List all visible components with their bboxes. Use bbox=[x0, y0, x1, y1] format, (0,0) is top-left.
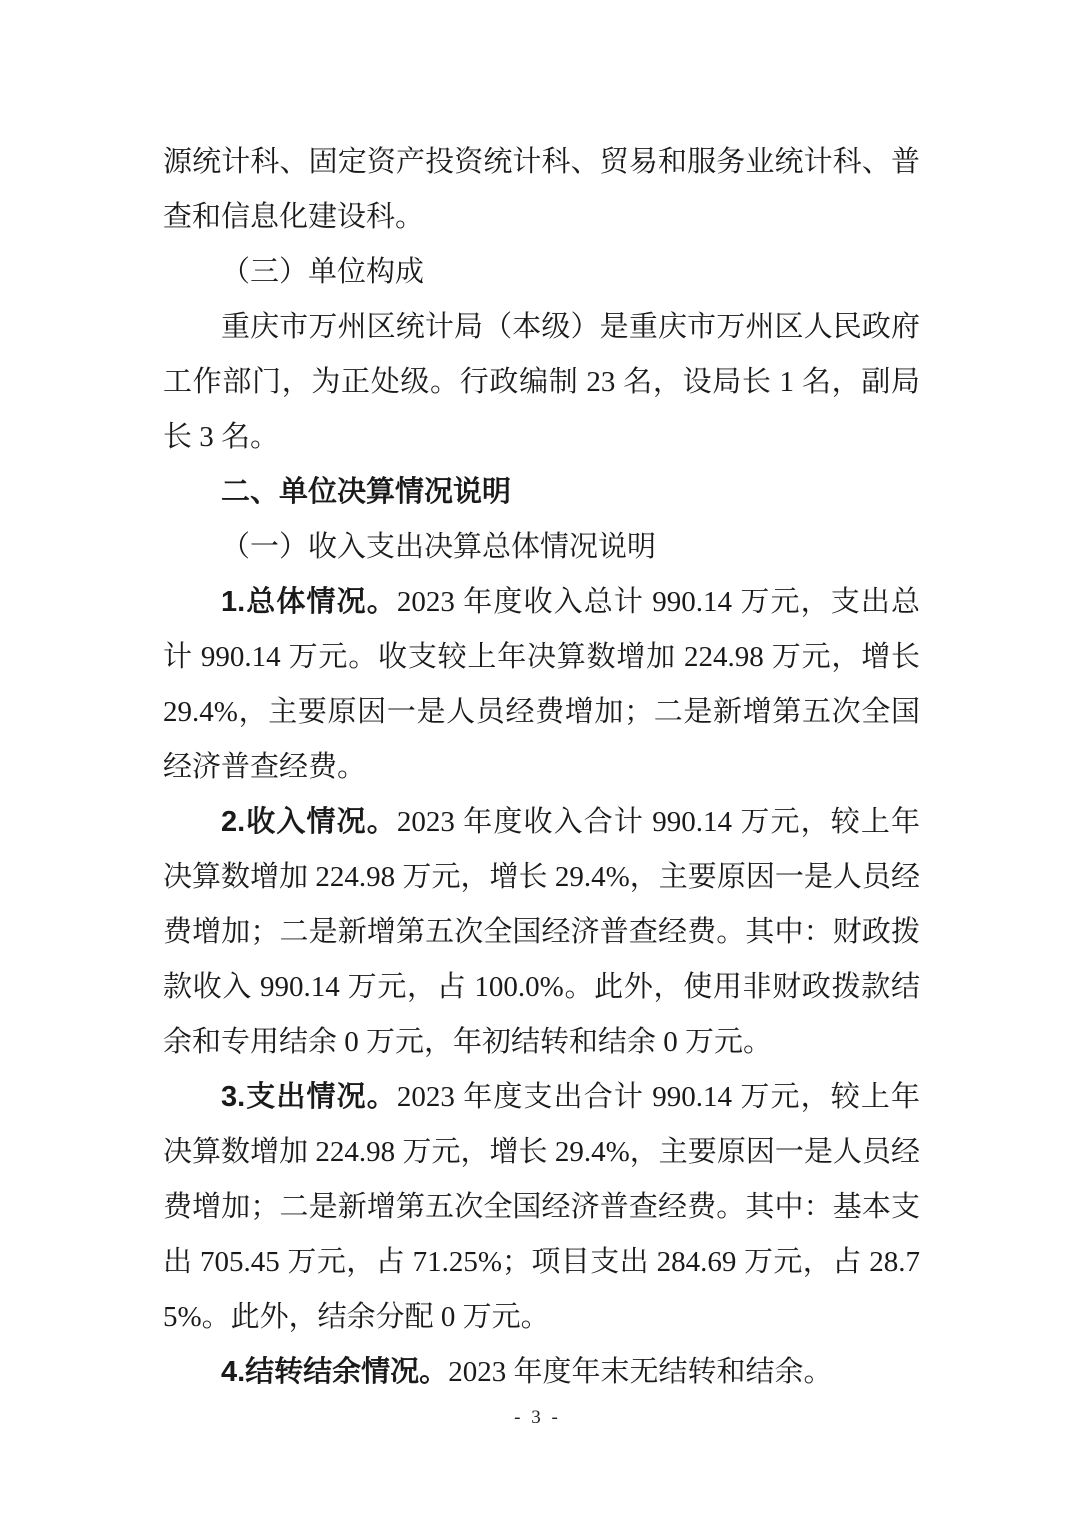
page-content: 源统计科、固定资产投资统计科、贸易和服务业统计科、普查和信息化建设科。 （三）单… bbox=[163, 135, 920, 1400]
paragraph-carryover-situation-text: 2023 年度年末无结转和结余。 bbox=[448, 1356, 832, 1388]
paragraph-unit-composition: 重庆市万州区统计局（本级）是重庆市万州区人民政府工作部门，为正处级。行政编制 2… bbox=[163, 300, 920, 465]
paragraph-overall-situation: 1.总体情况。2023 年度收入总计 990.14 万元，支出总计 990.14… bbox=[163, 575, 920, 795]
paragraph-income-situation: 2.收入情况。2023 年度收入合计 990.14 万元，较上年决算数增加 22… bbox=[163, 795, 920, 1070]
heading-section-two: 二、单位决算情况说明 bbox=[163, 465, 920, 520]
paragraph-expenditure-situation: 3.支出情况。2023 年度支出合计 990.14 万元，较上年决算数增加 22… bbox=[163, 1070, 920, 1345]
paragraph-overall-situation-lead: 1.总体情况。 bbox=[221, 586, 397, 618]
paragraph-carryover-situation: 4.结转结余情况。2023 年度年末无结转和结余。 bbox=[163, 1345, 920, 1400]
paragraph-income-situation-lead: 2.收入情况。 bbox=[221, 806, 397, 838]
page-footer: - 3 - bbox=[0, 1398, 1075, 1438]
paragraph-expenditure-situation-lead: 3.支出情况。 bbox=[221, 1081, 397, 1113]
page-number: - 3 - bbox=[514, 1407, 561, 1428]
paragraph-expenditure-situation-text: 2023 年度支出合计 990.14 万元，较上年决算数增加 224.98 万元… bbox=[163, 1081, 920, 1333]
paragraph-continuation-departments: 源统计科、固定资产投资统计科、贸易和服务业统计科、普查和信息化建设科。 bbox=[163, 135, 920, 245]
heading-unit-composition: （三）单位构成 bbox=[163, 245, 920, 300]
document-page: 源统计科、固定资产投资统计科、贸易和服务业统计科、普查和信息化建设科。 （三）单… bbox=[0, 0, 1075, 1520]
paragraph-carryover-situation-lead: 4.结转结余情况。 bbox=[221, 1356, 448, 1388]
paragraph-income-situation-text: 2023 年度收入合计 990.14 万元，较上年决算数增加 224.98 万元… bbox=[163, 806, 920, 1058]
heading-section-two-one: （一）收入支出决算总体情况说明 bbox=[163, 520, 920, 575]
